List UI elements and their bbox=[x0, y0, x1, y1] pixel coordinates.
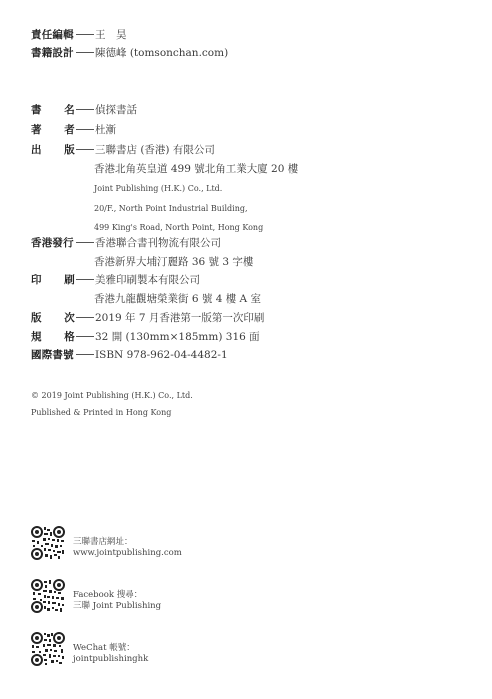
dash-divider bbox=[76, 129, 94, 130]
dash-divider bbox=[76, 109, 94, 110]
detail-label: 規 格 bbox=[31, 330, 75, 344]
detail-label: 出 版 bbox=[31, 143, 75, 157]
detail-specs: 規 格 32 開 (130mm×185mm) 316 面 bbox=[31, 330, 260, 344]
detail-isbn: 國際書號 ISBN 978-962-04-4482-1 bbox=[31, 348, 228, 362]
credit-value: 陳德峰 (tomsonchan.com) bbox=[95, 46, 228, 60]
qr-caption-line1: WeChat 帳號： bbox=[73, 643, 148, 654]
publisher-address-en-2: 499 King's Road, North Point, Hong Kong bbox=[94, 221, 263, 235]
dash-divider bbox=[76, 354, 94, 355]
printer-address: 香港九龍觀塘榮業街 6 號 4 樓 A 室 bbox=[94, 292, 261, 306]
dash-divider bbox=[76, 34, 94, 35]
detail-publisher: 出 版 三聯書店 (香港) 有限公司 bbox=[31, 143, 215, 157]
dash-divider bbox=[76, 279, 94, 280]
detail-value: 美雅印刷製本有限公司 bbox=[95, 273, 200, 287]
label-char: 名 bbox=[64, 103, 75, 117]
qr-caption-line2: jointpublishinghk bbox=[73, 654, 148, 665]
qr-caption-line2: 三聯 Joint Publishing bbox=[73, 601, 161, 612]
qr-caption: Facebook 搜尋： 三聯 Joint Publishing bbox=[73, 590, 161, 613]
qr-code-icon[interactable] bbox=[31, 579, 65, 613]
distributor-address: 香港新界大埔汀麗路 36 號 3 字樓 bbox=[94, 255, 253, 269]
detail-value: 32 開 (130mm×185mm) 316 面 bbox=[95, 330, 260, 344]
detail-label: 版 次 bbox=[31, 311, 75, 325]
publisher-address-zh: 香港北角英皇道 499 號北角工業大廈 20 樓 bbox=[94, 162, 298, 176]
detail-distributor: 香港發行 香港聯合書刊物流有限公司 bbox=[31, 236, 221, 250]
credit-label: 書籍設計 bbox=[31, 46, 75, 60]
detail-value: 香港聯合書刊物流有限公司 bbox=[95, 236, 221, 250]
label-char: 出 bbox=[31, 143, 42, 157]
label-char: 版 bbox=[64, 143, 75, 157]
dash-divider bbox=[76, 52, 94, 53]
credit-designer: 書籍設計 陳德峰 (tomsonchan.com) bbox=[31, 46, 228, 60]
label-char: 版 bbox=[31, 311, 42, 325]
detail-value: 2019 年 7 月香港第一版第一次印刷 bbox=[95, 311, 264, 325]
qr-block-facebook: Facebook 搜尋： 三聯 Joint Publishing bbox=[31, 579, 161, 613]
dash-divider bbox=[76, 317, 94, 318]
detail-value: 杜漸 bbox=[95, 123, 116, 137]
qr-caption-line1: 三聯書店網址： bbox=[73, 537, 182, 548]
detail-edition: 版 次 2019 年 7 月香港第一版第一次印刷 bbox=[31, 311, 264, 325]
dash-divider bbox=[76, 149, 94, 150]
published-printed-line: Published & Printed in Hong Kong bbox=[31, 407, 171, 419]
dash-divider bbox=[76, 242, 94, 243]
qr-block-website: 三聯書店網址： www.jointpublishing.com bbox=[31, 526, 182, 560]
qr-caption-line1: Facebook 搜尋： bbox=[73, 590, 161, 601]
label-char: 書 bbox=[31, 103, 42, 117]
detail-label: 印 刷 bbox=[31, 273, 75, 287]
detail-value: 三聯書店 (香港) 有限公司 bbox=[95, 143, 215, 157]
detail-title: 書 名 偵探書話 bbox=[31, 103, 137, 117]
detail-label: 國際書號 bbox=[31, 348, 75, 362]
label-char: 印 bbox=[31, 273, 42, 287]
qr-code-icon[interactable] bbox=[31, 632, 65, 666]
label-char: 格 bbox=[64, 330, 75, 344]
qr-caption: WeChat 帳號： jointpublishinghk bbox=[73, 643, 148, 666]
dash-divider bbox=[76, 336, 94, 337]
publisher-address-en-1: 20/F., North Point Industrial Building, bbox=[94, 202, 248, 216]
copyright-line: © 2019 Joint Publishing (H.K.) Co., Ltd. bbox=[31, 390, 193, 402]
qr-block-wechat: WeChat 帳號： jointpublishinghk bbox=[31, 632, 148, 666]
credit-label: 責任編輯 bbox=[31, 28, 75, 42]
detail-value: 偵探書話 bbox=[95, 103, 137, 117]
detail-value: ISBN 978-962-04-4482-1 bbox=[95, 348, 228, 362]
label-char: 刷 bbox=[64, 273, 75, 287]
credit-editor: 責任編輯 王 昊 bbox=[31, 28, 127, 42]
label-char: 次 bbox=[64, 311, 75, 325]
label-char: 規 bbox=[31, 330, 42, 344]
credit-value: 王 昊 bbox=[95, 28, 127, 42]
label-char: 者 bbox=[64, 123, 75, 137]
publisher-name-en: Joint Publishing (H.K.) Co., Ltd. bbox=[94, 182, 222, 196]
detail-printer: 印 刷 美雅印刷製本有限公司 bbox=[31, 273, 200, 287]
detail-label: 書 名 bbox=[31, 103, 75, 117]
detail-label: 香港發行 bbox=[31, 236, 75, 250]
qr-caption: 三聯書店網址： www.jointpublishing.com bbox=[73, 537, 182, 560]
qr-caption-line2: www.jointpublishing.com bbox=[73, 548, 182, 559]
detail-label: 著 者 bbox=[31, 123, 75, 137]
label-char: 著 bbox=[31, 123, 42, 137]
qr-code-icon[interactable] bbox=[31, 526, 65, 560]
detail-author: 著 者 杜漸 bbox=[31, 123, 116, 137]
